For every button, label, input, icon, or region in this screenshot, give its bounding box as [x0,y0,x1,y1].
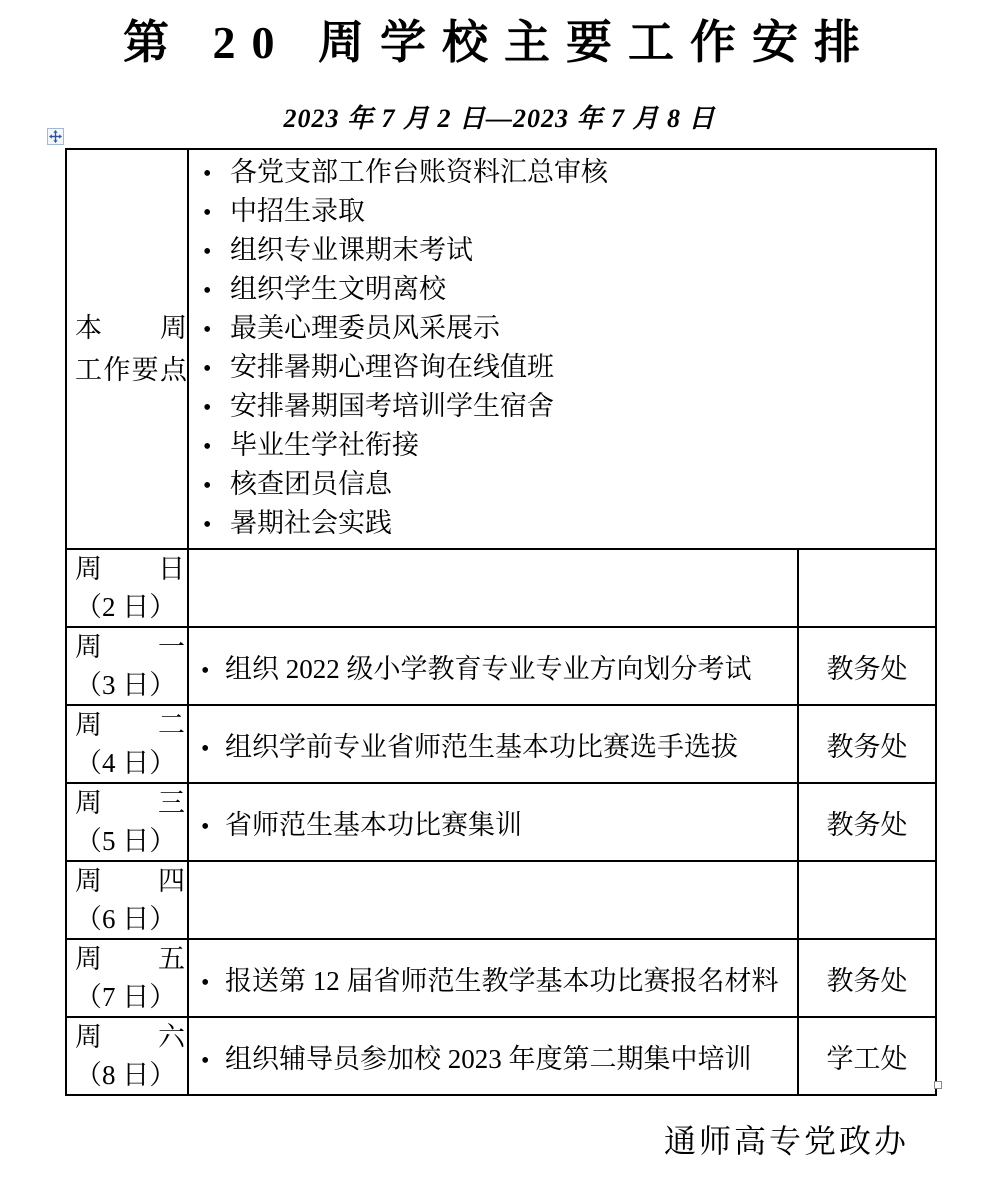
day-label-cell: 周 五 （7 日） [66,939,188,1017]
day-row-sunday: 周 日 （2 日） [66,549,936,627]
department-cell [798,861,936,939]
summary-item-text: 暑期社会实践 [230,505,392,542]
summary-item-text: 组织学生文明离校 [230,271,446,308]
day-label-cell: 周 日 （2 日） [66,549,188,627]
day-label-cell: 周 六 （8 日） [66,1017,188,1095]
bullet-icon: • [203,273,230,310]
day-date: （2 日） [75,592,176,622]
day-date: （8 日） [75,1060,176,1090]
summary-item: •组织学生文明离校 [203,271,931,310]
day-name: 周 日 [75,550,185,588]
department-cell: 教务处 [798,783,936,861]
task-cell: •省师范生基本功比赛集训 [188,783,798,861]
day-date: （4 日） [75,748,176,778]
bullet-icon: • [203,468,230,505]
summary-item-text: 最美心理委员风采展示 [230,310,500,347]
summary-item: •组织专业课期末考试 [203,232,931,271]
bullet-icon: • [201,736,225,763]
day-date: （5 日） [75,826,176,856]
task-cell [188,861,798,939]
summary-item: •各党支部工作台账资料汇总审核 [203,154,931,193]
bullet-icon: • [201,814,225,841]
bullet-icon: • [203,195,230,232]
day-label-cell: 周 四 （6 日） [66,861,188,939]
move-cross-icon [49,130,62,143]
bullet-icon: • [201,658,225,685]
day-label-cell: 周 二 （4 日） [66,705,188,783]
bullet-icon: • [203,156,230,193]
day-name: 周 二 [75,706,185,744]
bullet-icon: • [203,390,230,427]
task-cell: •组织辅导员参加校 2023 年度第二期集中培训 [188,1017,798,1095]
department-cell: 学工处 [798,1017,936,1095]
task-text: 报送第 12 届省师范生教学基本功比赛报名材料 [225,959,779,998]
day-name: 周 六 [75,1018,185,1056]
day-row-saturday: 周 六 （8 日） •组织辅导员参加校 2023 年度第二期集中培训 学工处 [66,1017,936,1095]
summary-item: •核查团员信息 [203,466,931,505]
day-row-thursday: 周 四 （6 日） [66,861,936,939]
summary-item: •安排暑期国考培训学生宿舍 [203,388,931,427]
document-signature: 通师高专党政办 [0,1116,909,1162]
summary-row: 本 周 工作要点 •各党支部工作台账资料汇总审核 •中招生录取 •组织专业课期末… [66,149,936,549]
day-label-cell: 周 三 （5 日） [66,783,188,861]
bullet-icon: • [203,429,230,466]
document-title: 第 20 周学校主要工作安排 [0,6,999,72]
day-date: （7 日） [75,982,176,1012]
summary-item: •暑期社会实践 [203,505,931,544]
task-text: 组织学前专业省师范生基本功比赛选手选拔 [225,725,738,764]
bullet-icon: • [203,351,230,388]
day-row-wednesday: 周 三 （5 日） •省师范生基本功比赛集训 教务处 [66,783,936,861]
day-row-monday: 周 一 （3 日） •组织 2022 级小学教育专业专业方向划分考试 教务处 [66,627,936,705]
department-cell: 教务处 [798,627,936,705]
summary-item: •最美心理委员风采展示 [203,310,931,349]
day-row-tuesday: 周 二 （4 日） •组织学前专业省师范生基本功比赛选手选拔 教务处 [66,705,936,783]
summary-item-text: 各党支部工作台账资料汇总审核 [230,154,608,191]
bullet-icon: • [201,1048,225,1075]
department-cell: 教务处 [798,705,936,783]
table-resize-handle[interactable] [934,1081,942,1089]
summary-item-text: 安排暑期心理咨询在线值班 [230,349,554,386]
task-cell: •报送第 12 届省师范生教学基本功比赛报名材料 [188,939,798,1017]
bullet-icon: • [203,507,230,544]
summary-item-text: 组织专业课期末考试 [230,232,473,269]
summary-label-cell: 本 周 工作要点 [66,149,188,549]
day-name: 周 五 [75,940,185,978]
department-cell: 教务处 [798,939,936,1017]
weekly-schedule-table: 本 周 工作要点 •各党支部工作台账资料汇总审核 •中招生录取 •组织专业课期末… [65,148,937,1096]
task-cell: •组织 2022 级小学教育专业专业方向划分考试 [188,627,798,705]
day-label-cell: 周 一 （3 日） [66,627,188,705]
task-text: 省师范生基本功比赛集训 [225,803,522,842]
summary-item: •毕业生学社衔接 [203,427,931,466]
department-cell [798,549,936,627]
table-move-handle[interactable] [47,128,64,145]
task-text: 组织辅导员参加校 2023 年度第二期集中培训 [225,1037,752,1076]
summary-item-text: 核查团员信息 [230,466,392,503]
summary-item: •安排暑期心理咨询在线值班 [203,349,931,388]
day-name: 周 三 [75,784,185,822]
day-name: 周 一 [75,628,185,666]
summary-item-text: 毕业生学社衔接 [230,427,419,464]
word-document-page: 第 20 周学校主要工作安排 2023 年 7 月 2 日—2023 年 7 月… [0,0,999,1192]
summary-label-line1: 本 周 [75,307,187,349]
bullet-icon: • [201,970,225,997]
bullet-icon: • [203,234,230,271]
document-date-range: 2023 年 7 月 2 日—2023 年 7 月 8 日 [0,98,999,135]
summary-item-text: 中招生录取 [230,193,365,230]
task-text: 组织 2022 级小学教育专业专业方向划分考试 [225,647,752,686]
summary-items-cell: •各党支部工作台账资料汇总审核 •中招生录取 •组织专业课期末考试 •组织学生文… [188,149,936,549]
task-cell: •组织学前专业省师范生基本功比赛选手选拔 [188,705,798,783]
bullet-icon: • [203,312,230,349]
summary-label-line2: 工作要点 [75,349,187,391]
summary-item-text: 安排暑期国考培训学生宿舍 [230,388,554,425]
summary-item: •中招生录取 [203,193,931,232]
task-cell [188,549,798,627]
day-row-friday: 周 五 （7 日） •报送第 12 届省师范生教学基本功比赛报名材料 教务处 [66,939,936,1017]
day-date: （3 日） [75,670,176,700]
day-date: （6 日） [75,904,176,934]
day-name: 周 四 [75,862,185,900]
